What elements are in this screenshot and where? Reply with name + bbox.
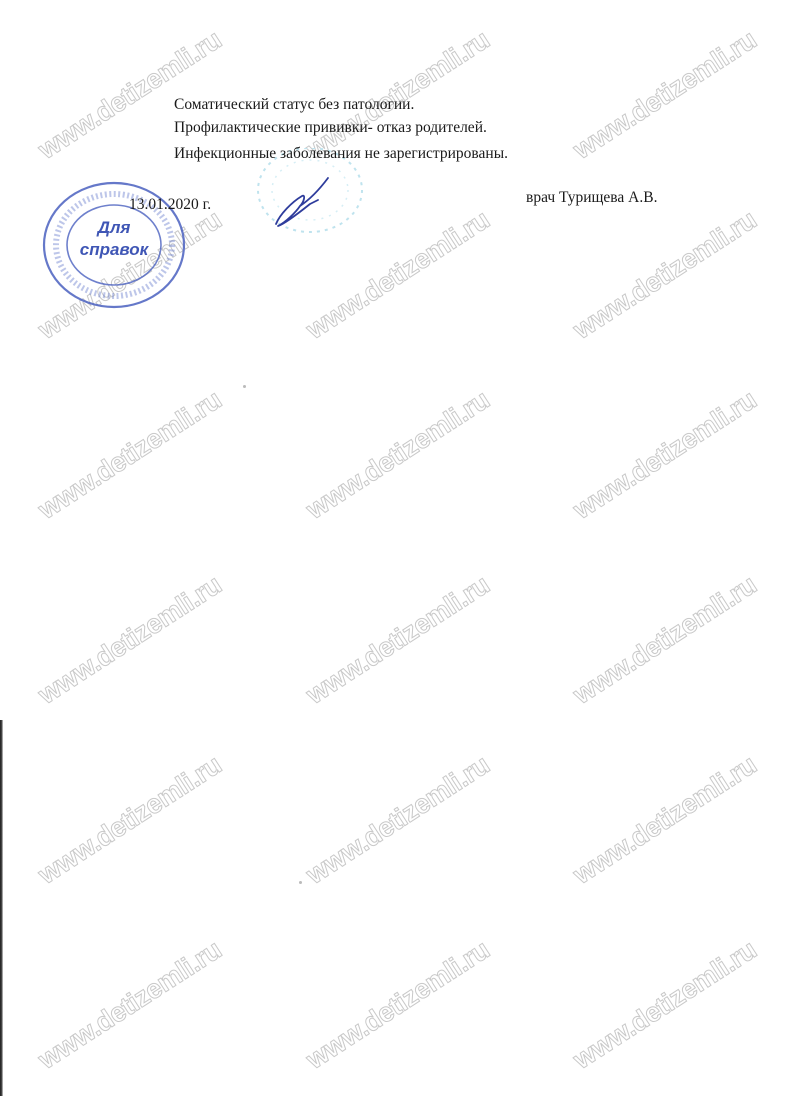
watermark-text: www.detizemli.ru [568, 384, 762, 525]
infections-line: Инфекционные заболевания не зарегистриро… [174, 145, 508, 163]
doctor-name: врач Турищева А.В. [526, 189, 657, 207]
document-date: 13.01.2020 г. [129, 196, 211, 214]
vaccination-line: Профилактические прививки- отказ родител… [174, 119, 487, 137]
watermark-text: www.detizemli.ru [568, 934, 762, 1075]
watermark-text: www.detizemli.ru [568, 24, 762, 165]
scan-speck [299, 881, 302, 884]
watermark-text: www.detizemli.ru [568, 749, 762, 890]
scan-speck [243, 385, 246, 388]
watermark-layer: www.detizemli.ruwww.detizemli.ruwww.deti… [0, 0, 800, 1096]
watermark-text: www.detizemli.ru [33, 569, 227, 710]
stamp-text-line1: Для [40, 218, 188, 238]
somatic-status-line: Соматический статус без патологии. [174, 96, 414, 114]
watermark-text: www.detizemli.ru [33, 749, 227, 890]
watermark-text: www.detizemli.ru [568, 204, 762, 345]
watermark-text: www.detizemli.ru [33, 384, 227, 525]
stamp-text-line2: справок [40, 240, 188, 260]
watermark-text: www.detizemli.ru [301, 384, 495, 525]
watermark-text: www.detizemli.ru [301, 934, 495, 1075]
watermark-text: www.detizemli.ru [301, 749, 495, 890]
doctor-signature [270, 168, 340, 230]
watermark-text: www.detizemli.ru [568, 569, 762, 710]
scan-edge [0, 720, 3, 1096]
watermark-text: www.detizemli.ru [33, 934, 227, 1075]
watermark-text: www.detizemli.ru [301, 569, 495, 710]
